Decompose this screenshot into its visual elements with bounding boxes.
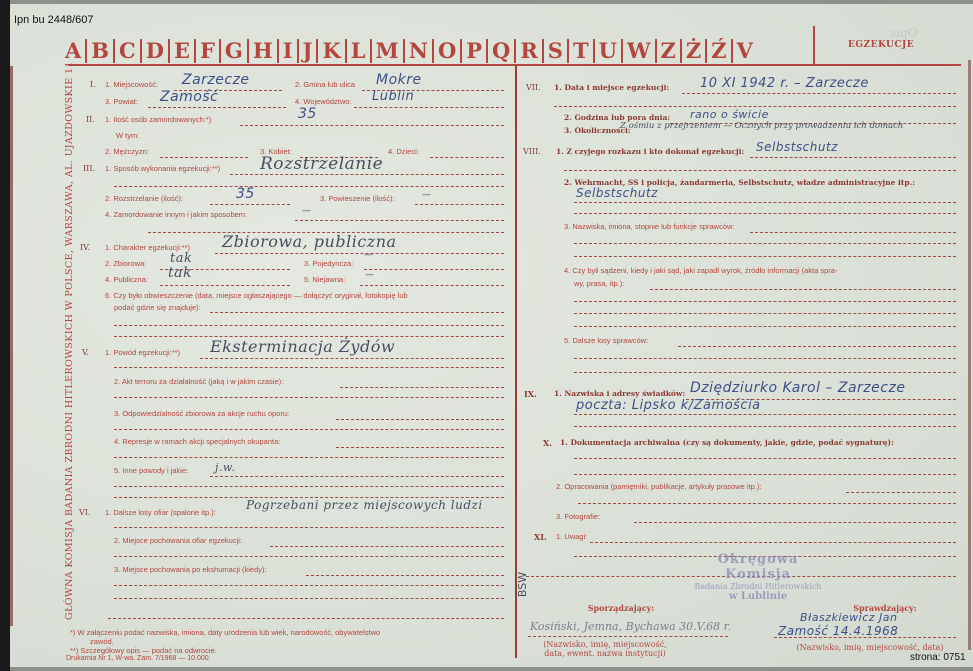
value-powiat[interactable]: Zamość xyxy=(160,89,218,105)
line xyxy=(148,107,286,108)
section-IV-number: IV. xyxy=(80,243,90,252)
index-letter: M xyxy=(372,39,405,63)
value-zamordowanie[interactable]: — xyxy=(302,206,312,216)
stamp-line-1: Okręgowa Komisja xyxy=(688,552,828,582)
label-dalsze-losy-ofiar: 1. Dalsze losy ofiar (spalone itp.): xyxy=(105,508,216,517)
line xyxy=(354,107,504,108)
index-letter: W xyxy=(623,39,657,63)
line xyxy=(306,575,504,576)
section-VII-number: VII. xyxy=(526,83,541,92)
value-okolicznosci[interactable]: Z ośmiu z przejrzeniem — Ocznych przy pr… xyxy=(620,121,903,131)
label-ilosc-osob: 1. Ilość osób zamordowanych:*) xyxy=(105,115,211,124)
section-IX-number: IX. xyxy=(524,389,537,399)
line xyxy=(114,325,504,326)
line xyxy=(114,598,504,599)
label-z-czyjego-rozkazu: 1. Z czyjego rozkazu i kto dokonał egzek… xyxy=(556,147,744,156)
line xyxy=(590,542,956,543)
label-uwagi: 1. Uwagi: xyxy=(556,532,587,541)
label-powiat: 3. Powiat: xyxy=(105,97,138,106)
label-inne-powody: 5. Inne powody i jakie: xyxy=(114,466,188,475)
line xyxy=(230,174,504,175)
line xyxy=(846,492,956,493)
label-publiczna: 4. Publiczna: xyxy=(105,275,148,284)
label-miejscowosc: 1. Miejscowość: xyxy=(105,80,158,89)
form-title: EGZEKUCJE xyxy=(848,40,914,50)
label-opracowania: 2. Opracowania (pamiętniki, publikacje, … xyxy=(556,482,762,491)
line xyxy=(574,458,956,459)
footnote-1-cont: zawód. xyxy=(90,637,114,646)
line xyxy=(240,125,504,126)
index-letter: F xyxy=(196,39,221,63)
value-z-czyjego-rozkazu[interactable]: Selbstschutz xyxy=(756,140,838,154)
line xyxy=(750,232,956,233)
line xyxy=(650,289,956,290)
line xyxy=(574,426,956,427)
label-powieszenie: 3. Powieszenie (ilość): xyxy=(320,194,395,203)
label-swiadkowie: 1. Nazwiska i adresy świadków: xyxy=(554,389,685,398)
index-letter: Ż xyxy=(682,39,707,63)
verifier-caption: (Nazwisko, imię, miejscowość, data) xyxy=(780,643,960,652)
section-X-number: X. xyxy=(543,438,552,448)
label-rozstrzelanie: 2. Rozstrzelanie (ilość): xyxy=(105,194,183,203)
line xyxy=(114,585,504,586)
line xyxy=(634,522,956,523)
label-ekshumacja: 3. Miejsce pochowania po ekshumacji (kie… xyxy=(114,565,267,574)
line xyxy=(160,285,290,286)
index-letter: E xyxy=(170,39,196,63)
line xyxy=(210,312,504,313)
archival-form-page: Ipn bu 2448/607 ABCDEFGHIJKLMNOPQRSTUWZŻ… xyxy=(10,0,973,671)
verifier-signature-1[interactable]: Błaszkiewicz Jan xyxy=(800,611,897,624)
line xyxy=(114,527,504,528)
index-letter: L xyxy=(347,39,372,63)
line xyxy=(415,204,504,205)
label-powod: 1. Powód egzekucji:**) xyxy=(105,348,180,357)
line xyxy=(678,346,956,347)
line xyxy=(574,243,956,244)
margin-note: BSW xyxy=(516,572,529,597)
line xyxy=(114,367,504,368)
label-obwieszczenie-cont: podać gdzie się znajduje): xyxy=(114,303,201,312)
index-letter: K xyxy=(318,39,346,63)
index-letter: H xyxy=(249,39,279,63)
value-wojewodztwo[interactable]: Lublin xyxy=(372,89,414,104)
line xyxy=(574,256,956,257)
value-swiadek-2[interactable]: poczta: Lipsko k/Zamościa xyxy=(576,398,761,413)
line xyxy=(114,397,504,398)
scan-edge-top xyxy=(10,0,973,4)
compiler-label: Sporządzający: xyxy=(566,603,676,613)
right-edge-bar xyxy=(968,60,971,650)
value-gmina[interactable]: Mokre xyxy=(376,72,422,88)
line xyxy=(160,157,248,158)
label-wojewodztwo: 4. Województwo: xyxy=(295,97,352,106)
bottom-rule xyxy=(108,618,504,619)
left-edge-bar xyxy=(10,66,13,626)
label-niejawna: 5. Niejawna: xyxy=(304,275,345,284)
index-letter: O xyxy=(434,39,462,63)
index-letter-tabs: ABCDEFGHIJKLMNOPQRSTUWZŻŹV xyxy=(61,36,757,66)
section-III-number: III. xyxy=(83,164,95,173)
scan-edge-bottom xyxy=(10,667,973,671)
line xyxy=(114,556,504,557)
line xyxy=(574,213,956,214)
label-czy-sadzeni: 4. Czy byli sądzeni, kiedy i jaki sąd, j… xyxy=(564,266,837,275)
index-letter: P xyxy=(462,39,488,63)
index-letter: D xyxy=(142,39,170,63)
label-zamordowanie: 4. Zamordowanie innym i jakim sposobem: xyxy=(105,210,247,219)
value-data-miejsce[interactable]: 10 XI 1942 r. – Zarzecze xyxy=(700,76,869,91)
index-letter: T xyxy=(569,39,595,63)
label-dokumentacja: 1. Dokumentacja archiwalna (czy są dokum… xyxy=(560,438,894,447)
label-obwieszczenie: 6. Czy było obwieszczenie (data, miejsce… xyxy=(105,291,408,300)
printer-imprint: Drukarnia Nr 1, W-wa. Zam. 7/1968 — 10.0… xyxy=(66,655,211,662)
line xyxy=(215,253,504,254)
section-XI-number: XI. xyxy=(534,532,547,542)
label-gmina: 2. Gmina lub ulica xyxy=(295,80,355,89)
value-ilosc-osob[interactable]: 35 xyxy=(298,106,317,122)
line xyxy=(210,476,504,477)
compiler-signature[interactable]: Kosiński, Jemna, Bychawa 30.V.68 r. xyxy=(530,620,731,633)
label-pojedyncza: 3. Pojedyncza: xyxy=(304,259,353,268)
line xyxy=(682,93,956,94)
line xyxy=(574,301,956,302)
label-zbiorowa: 2. Zbiorowa: xyxy=(105,259,146,268)
section-I-number: I. xyxy=(90,80,96,89)
label-nazwiska-sprawcow: 3. Nazwiska, imiona, stopnie lub funkcje… xyxy=(564,222,735,231)
faded-stamp: Opis xyxy=(890,26,918,40)
index-letter: N xyxy=(405,39,434,63)
value-pojedyncza[interactable]: — xyxy=(364,250,374,260)
label-czy-sadzeni-cont: wy, prasa, itp.): xyxy=(574,279,624,288)
label-represje: 4. Represje w ramach akcji specjalnych o… xyxy=(114,437,280,446)
line xyxy=(364,269,504,270)
value-zbiorowa[interactable]: tak xyxy=(170,251,192,266)
index-letter: C xyxy=(115,39,142,63)
line xyxy=(564,170,956,171)
line xyxy=(750,157,956,158)
footnote-1: *) W załączeniu podać nazwiska, imiona, … xyxy=(70,628,380,637)
index-letter: B xyxy=(87,39,115,63)
value-sposob[interactable]: Rozstrzelanie xyxy=(260,154,383,174)
index-letter: V xyxy=(733,39,757,63)
line xyxy=(574,313,956,314)
footnote-2: **) Szczegółowy opis — podać na odwrocie… xyxy=(70,646,217,655)
line xyxy=(554,106,956,107)
line xyxy=(360,285,504,286)
compiler-caption-1: (Nazwisko, imię, miejscowość, xyxy=(530,640,680,649)
line xyxy=(114,429,504,430)
institution-side-text: GŁÓWNA KOMISJA BADANIA ZBRODNI HITLEROWS… xyxy=(64,60,75,620)
label-w-tym: W tym: xyxy=(116,131,139,140)
stamp-line-2: Badania Zbrodni Hitlerowskich xyxy=(688,582,828,591)
section-VI-number: VI. xyxy=(79,508,90,517)
line xyxy=(574,202,956,203)
value-miejscowosc[interactable]: Zarzecze xyxy=(182,72,250,88)
value-dalsze-losy-ofiar[interactable]: Pogrzebani przez miejscowych ludzi xyxy=(246,498,483,512)
line xyxy=(200,358,504,359)
index-letter: Q xyxy=(488,39,516,63)
section-II-number: II. xyxy=(86,115,95,124)
line xyxy=(114,457,504,458)
index-letter: U xyxy=(595,39,623,63)
value-niejawna[interactable]: — xyxy=(365,270,375,280)
label-data-miejsce: 1. Data i miejsce egzekucji: xyxy=(554,83,669,92)
line xyxy=(574,414,956,415)
archive-reference: Ipn bu 2448/607 xyxy=(14,14,94,26)
value-rozstrzelanie[interactable]: 35 xyxy=(236,186,255,202)
index-letter: J xyxy=(299,39,319,63)
column-divider xyxy=(515,66,517,658)
value-inne-powody[interactable]: j.w. xyxy=(215,461,236,474)
line xyxy=(336,447,504,448)
value-powod[interactable]: Eksterminacja Żydów xyxy=(210,337,395,356)
line xyxy=(528,636,728,637)
line xyxy=(578,503,956,504)
value-swiadek-1[interactable]: Dziędziurko Karol – Zarzecze xyxy=(690,380,905,396)
line xyxy=(574,358,956,359)
page-number: strona: 0751 xyxy=(910,652,966,663)
index-letter: S xyxy=(544,39,569,63)
index-letter: Z xyxy=(657,39,682,63)
label-odpowiedzialnosc: 3. Odpowiedzialność zbiorowa za akcje ru… xyxy=(114,409,289,418)
line xyxy=(574,326,956,327)
verifier-signature-2[interactable]: Zamość 14.4.1968 xyxy=(778,624,898,638)
stamp-line-3: w Lublinie xyxy=(688,591,828,602)
line xyxy=(270,546,504,547)
label-sposob: 1. Sposób wykonania egzekucji:**) xyxy=(105,164,220,173)
value-godzina[interactable]: rano o świcie xyxy=(690,108,769,121)
value-formacja[interactable]: Selbstschutz xyxy=(576,186,658,200)
line xyxy=(114,486,504,487)
label-fotografie: 3. Fotografie: xyxy=(556,512,600,521)
line xyxy=(340,387,504,388)
index-letter: Ź xyxy=(707,39,732,63)
label-dalsze-losy-sprawcow: 5. Dalsze losy sprawców: xyxy=(564,336,648,345)
line xyxy=(295,220,504,221)
line xyxy=(430,157,504,158)
compiler-caption-2: data, ewent. nazwa instytucji) xyxy=(530,649,680,658)
index-letter: R xyxy=(516,39,543,63)
index-letter: G xyxy=(221,39,249,63)
header-divider xyxy=(813,26,815,66)
line xyxy=(574,372,956,373)
label-miejsce-pochowania: 2. Miejsce pochowania ofiar egzekucji: xyxy=(114,536,242,545)
label-mezczyzn: 2. Mężczyzn: xyxy=(105,147,149,156)
section-VIII-number: VIII. xyxy=(523,147,541,156)
line xyxy=(574,474,956,475)
label-dzieci: 4. Dzieci: xyxy=(388,147,419,156)
commission-stamp: Okręgowa Komisja Badania Zbrodni Hitlero… xyxy=(688,552,828,602)
label-akt-terroru: 2. Akt terroru za działalność (jaką i w … xyxy=(114,377,283,386)
line xyxy=(774,637,956,638)
line xyxy=(114,186,504,187)
line xyxy=(210,204,290,205)
value-publiczna[interactable]: tak xyxy=(168,265,192,281)
line xyxy=(336,419,504,420)
section-V-number: V. xyxy=(82,348,89,357)
value-powieszenie[interactable]: — xyxy=(422,190,432,200)
value-charakter[interactable]: Zbiorowa, publiczna xyxy=(222,232,397,251)
index-letter: I xyxy=(279,39,299,63)
